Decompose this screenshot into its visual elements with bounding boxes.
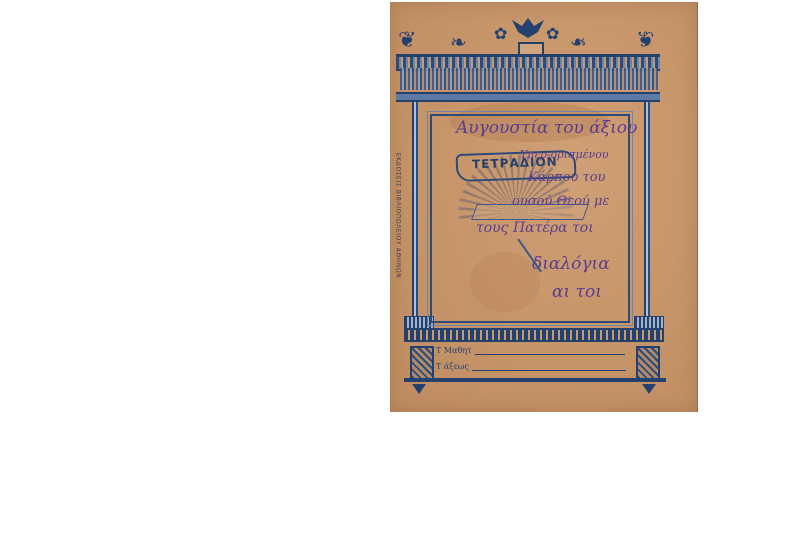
right-foot-ornament (642, 384, 656, 394)
acanthus-left-ornament: ❧ (450, 32, 467, 52)
left-pillar (412, 102, 420, 320)
laurel-right-ornament: ✿ (546, 26, 559, 42)
cornice-base (396, 92, 660, 102)
left-pedestal-block (410, 346, 434, 380)
base-rule (404, 378, 666, 382)
notebook-cover: ❦ ❧ ✿ ✿ ❧ ❦ ΤΕΤΡΑΔΙΟΝ Αυγουστία του άξιο… (390, 2, 698, 412)
class-field: Τ άξεως (436, 362, 626, 371)
handwriting-line-3: Κάρπου του (528, 170, 605, 185)
right-pillar (644, 102, 652, 320)
handwriting-line-5: τους Πατέρα τοι (476, 220, 594, 236)
handwriting-line-2: Υπερ-ορισμένου (520, 148, 609, 161)
handwriting-line-1: Αυγουστία του άξιου (456, 118, 637, 138)
class-line (472, 370, 626, 371)
laurel-left-ornament: ✿ (494, 26, 507, 42)
spine-publisher-text: ΕΚΔΟΣΕΙΣ ΒΙΒΛΙΟΠΩΛΕΙΟΥ ΑΘΗΝΩΝ (395, 111, 402, 321)
left-foot-ornament (412, 384, 426, 394)
student-name-label: Τ Μαθητ (436, 346, 472, 355)
student-name-field: Τ Μαθητ (436, 346, 625, 355)
acanthus-right-ornament: ❧ (570, 32, 587, 52)
right-pedestal-block (636, 346, 660, 380)
griffin-right-ornament: ❦ (636, 30, 654, 52)
griffin-left-ornament: ❦ (398, 30, 416, 52)
student-name-line (475, 354, 625, 355)
spine: ΕΚΔΟΣΕΙΣ ΒΙΒΛΙΟΠΩΛΕΙΟΥ ΑΘΗΝΩΝ (393, 112, 403, 332)
eagle-emblem-icon (510, 16, 546, 42)
handwriting-line-7: αι τοι (552, 282, 602, 302)
decorative-frieze (400, 68, 658, 90)
class-label: Τ άξεως (436, 362, 469, 371)
bottom-cornice (404, 328, 664, 342)
handwriting-line-6: διαλόγια (532, 254, 610, 274)
handwriting-line-4: ουσού Θεού με (512, 194, 609, 209)
